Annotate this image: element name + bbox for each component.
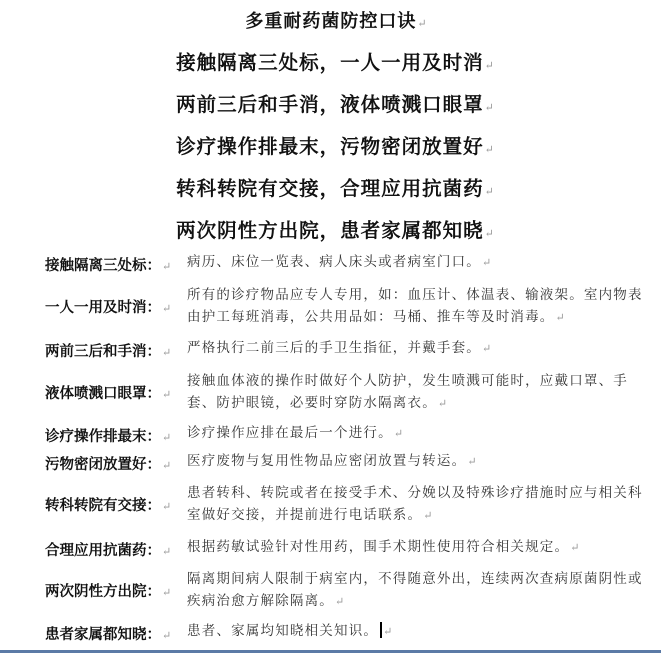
paragraph-mark-icon: ↵: [417, 17, 427, 30]
verse-text: 两前三后和手消，液体喷溅口眼罩: [176, 93, 484, 116]
paragraph-mark-icon: ↵: [162, 388, 171, 401]
explanation-label: 接触隔离三处标：↵: [45, 254, 171, 275]
paragraph-mark-icon: ↵: [485, 143, 495, 156]
verse-line-5: 两次阴性方出院，患者家属都知晓↵: [0, 215, 661, 243]
paragraph-mark-icon: ↵: [162, 302, 171, 315]
paragraph-mark-icon: ↵: [485, 227, 495, 240]
explanation-label: 两前三后和手消：↵: [45, 340, 171, 361]
paragraph-mark-icon: ↵: [394, 427, 404, 440]
explanation-text: 根据药敏试验针对性用药，围手术期性使用符合相关规定。↵: [187, 536, 657, 559]
paragraph-mark-icon: ↵: [162, 545, 171, 558]
paragraph-mark-icon: ↵: [482, 256, 492, 269]
explanation-label: 液体喷溅口眼罩：↵: [45, 382, 171, 403]
paragraph-mark-icon: ↵: [438, 397, 448, 410]
paragraph-mark-icon: ↵: [570, 541, 580, 554]
verse-text: 转科转院有交接，合理应用抗菌药: [176, 177, 484, 200]
paragraph-mark-icon: ↵: [162, 346, 171, 359]
verse-text: 诊疗操作排最末，污物密闭放置好: [176, 135, 484, 158]
paragraph-mark-icon: ↵: [423, 509, 433, 522]
paragraph-mark-icon: ↵: [383, 625, 393, 638]
paragraph-mark-icon: ↵: [162, 500, 171, 513]
explanation-text: 诊疗操作应排在最后一个进行。↵: [187, 422, 657, 445]
explanation-text: 所有的诊疗物品应专人专用，如：血压计、体温表、输液架。室内物表由护工每班消毒，公…: [187, 284, 657, 329]
paragraph-mark-icon: ↵: [556, 311, 566, 324]
paragraph-mark-icon: ↵: [162, 431, 171, 444]
paragraph-mark-icon: ↵: [335, 595, 345, 608]
paragraph-mark-icon: ↵: [485, 101, 495, 114]
paragraph-mark-icon: ↵: [162, 260, 171, 273]
text-cursor: [380, 622, 382, 638]
explanation-label: 污物密闭放置好：↵: [45, 453, 171, 474]
explanation-label: 转科转院有交接：↵: [45, 494, 171, 515]
verse-line-4: 转科转院有交接，合理应用抗菌药↵: [0, 173, 661, 201]
verse-line-3: 诊疗操作排最末，污物密闭放置好↵: [0, 131, 661, 159]
paragraph-mark-icon: ↵: [482, 342, 492, 355]
paragraph-mark-icon: ↵: [162, 459, 171, 472]
explanation-text: 严格执行二前三后的手卫生指征，并戴手套。↵: [187, 337, 657, 360]
explanation-text: 患者转科、转院或者在接受手术、分娩以及特殊诊疗措施时应与相关科室做好交接，并提前…: [187, 482, 657, 527]
verse-text: 接触隔离三处标，一人一用及时消: [176, 51, 484, 74]
explanation-label: 患者家属都知晓：↵: [45, 623, 171, 644]
explanation-text: 医疗废物与复用性物品应密闭放置与转运。↵: [187, 450, 657, 473]
explanation-label: 一人一用及时消：↵: [45, 296, 171, 317]
verse-line-2: 两前三后和手消，液体喷溅口眼罩↵: [0, 89, 661, 117]
paragraph-mark-icon: ↵: [485, 185, 495, 198]
paragraph-mark-icon: ↵: [162, 629, 171, 642]
paragraph-mark-icon: ↵: [467, 455, 477, 468]
explanation-text: 接触血体液的操作时做好个人防护，发生喷溅可能时，应戴口罩、手套、防护眼镜，必要时…: [187, 370, 657, 415]
verse-line-1: 接触隔离三处标，一人一用及时消↵: [0, 47, 661, 75]
document-title: 多重耐药菌防控口诀↵: [0, 7, 661, 33]
paragraph-mark-icon: ↵: [162, 586, 171, 599]
explanation-label: 两次阴性方出院：↵: [45, 580, 171, 601]
explanation-label: 合理应用抗菌药：↵: [45, 539, 171, 560]
explanation-text: 患者、家属均知晓相关知识。↵: [187, 620, 657, 643]
title-text: 多重耐药菌防控口诀: [245, 11, 416, 32]
paragraph-mark-icon: ↵: [485, 59, 495, 72]
explanation-text: 病历、床位一览表、病人床头或者病室门口。↵: [187, 251, 657, 274]
verse-text: 两次阴性方出院，患者家属都知晓: [176, 219, 484, 242]
explanation-label: 诊疗操作排最末：↵: [45, 425, 171, 446]
explanation-text: 隔离期间病人限制于病室内，不得随意外出，连续两次查病原菌阴性或疾病治愈方解除隔离…: [187, 568, 657, 613]
